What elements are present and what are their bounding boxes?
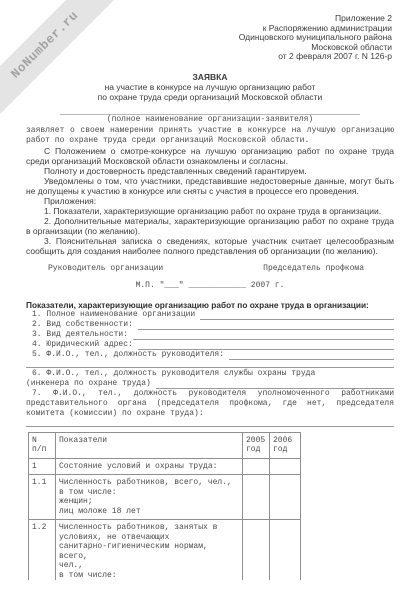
blank-line <box>156 380 394 389</box>
field-org-name-label: 1. Полное наименование организации <box>32 310 195 320</box>
field-union-rep: 7. Ф.И.О., тел., должность руководителя … <box>26 389 394 419</box>
cell-2005 <box>243 475 270 520</box>
document-page: NoNumber.ru Приложение 2 к Распоряжению … <box>0 0 420 600</box>
field-activity: 3. Вид деятельности: <box>26 330 394 340</box>
signature-left-label: Руководитель организации <box>48 264 163 274</box>
cell-2006 <box>270 475 301 520</box>
indicators-heading: Показатели, характеризующие организацию … <box>26 300 394 310</box>
attachment-item-1: 1. Показатели, характеризующие организац… <box>26 206 394 216</box>
field-activity-label: 3. Вид деятельности: <box>32 330 128 340</box>
col-header-num: N п/п <box>29 432 56 458</box>
cell-2006 <box>270 458 301 475</box>
blank-line-full <box>26 419 394 427</box>
blank-line <box>138 341 394 350</box>
field-ownership: 2. Вид собственности: <box>26 320 394 330</box>
col-header-2006: 2006 год <box>270 432 301 458</box>
paragraph-notice: Уведомлены о том, что участники, предста… <box>26 176 394 196</box>
blank-line <box>229 351 394 360</box>
cell-2005 <box>243 520 270 580</box>
field-head-label: 5. Ф.И.О., тел., должность руководителя: <box>32 350 224 360</box>
field-safety-head-line2: (инженера по охране труда) <box>26 379 394 389</box>
applicant-statement: заявляет о своем намерении принять участ… <box>26 126 394 146</box>
title-main: ЗАЯВКА <box>26 72 394 82</box>
field-legal-address: 4. Юридический адрес: <box>26 340 394 350</box>
reference-block: Приложение 2 к Распоряжению администраци… <box>26 14 392 62</box>
document-title: ЗАЯВКА на участие в конкурсе на лучшую о… <box>26 72 394 102</box>
cell-indicator: Численность работников, всего, чел., в т… <box>56 475 243 520</box>
signature-right-label: Председатель профкома <box>263 264 364 274</box>
blank-line <box>133 331 394 340</box>
attachment-item-3: 3. Пояснительная записка о сведениях, ко… <box>26 236 394 256</box>
cell-2005 <box>243 458 270 475</box>
cell-indicator: Состояние условий и охраны труда: <box>56 458 243 475</box>
stamp-date-line: М.П. "___" ____________ 2007 г. <box>26 281 394 291</box>
field-ownership-label: 2. Вид собственности: <box>32 320 133 330</box>
title-sub-2: по охране труда среди организаций Москов… <box>26 92 394 102</box>
title-sub-1: на участие в конкурсе на лучшую организа… <box>26 82 394 92</box>
paragraph-regulation: С Положением о смотре-конкурсе на лучшую… <box>26 146 394 166</box>
cell-num: 1.2 <box>29 520 56 580</box>
cell-num: 1 <box>29 458 56 475</box>
col-header-2005: 2005 год <box>243 432 270 458</box>
blank-line <box>138 321 394 330</box>
field-legal-address-label: 4. Юридический адрес: <box>32 340 133 350</box>
document-content: Приложение 2 к Распоряжению администраци… <box>26 14 394 580</box>
signature-row: Руководитель организации Председатель пр… <box>26 264 394 274</box>
cell-num: 1.1 <box>29 475 56 520</box>
field-safety-head-label2: (инженера по охране труда) <box>26 379 151 389</box>
field-head: 5. Ф.И.О., тел., должность руководителя: <box>26 350 394 360</box>
table-header-row: N п/п Показатели 2005 год 2006 год <box>29 432 301 458</box>
paragraph-guarantee: Полноту и достоверность представленных с… <box>26 166 394 176</box>
blank-line <box>200 311 394 320</box>
ref-line: от 2 февраля 2007 г. N 126-р <box>26 52 392 62</box>
organization-name-caption: (полное наименование организации-заявите… <box>26 115 394 124</box>
blank-line-full <box>26 360 394 368</box>
attachment-item-2: 2. Дополнительные материалы, характеризу… <box>26 216 394 236</box>
cell-2006 <box>270 520 301 580</box>
field-safety-head-line1: 6. Ф.И.О., тел., должность руководителя … <box>26 369 394 379</box>
table-row: 1.2 Численность работников, занятых в ус… <box>29 520 301 580</box>
field-org-name: 1. Полное наименование организации <box>26 310 394 320</box>
col-header-indicator: Показатели <box>56 432 243 458</box>
attachments-label: Приложения: <box>26 196 394 206</box>
indicators-table: N п/п Показатели 2005 год 2006 год 1 Сос… <box>28 432 301 580</box>
table-row: 1.1 Численность работников, всего, чел.,… <box>29 475 301 520</box>
table-row: 1 Состояние условий и охраны труда: <box>29 458 301 475</box>
indicators-table-wrapper: N п/п Показатели 2005 год 2006 год 1 Сос… <box>28 432 394 580</box>
cell-indicator: Численность работников, занятых в услови… <box>56 520 243 580</box>
